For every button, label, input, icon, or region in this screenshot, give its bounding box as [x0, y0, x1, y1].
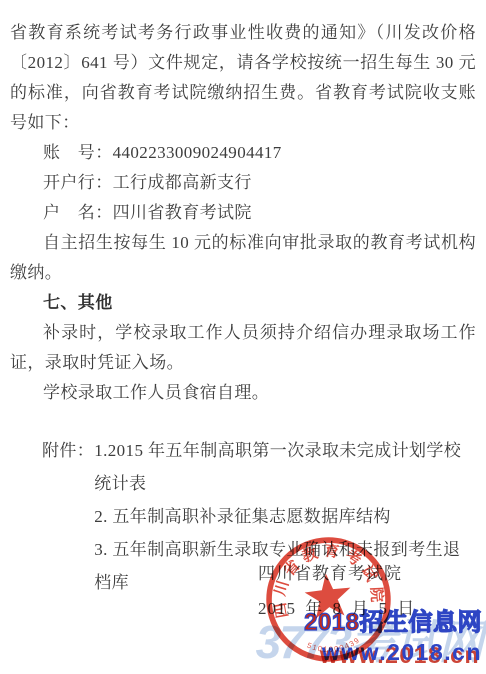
- watermark-site-url: www.2018.cn: [304, 638, 482, 666]
- document-page: 省教育系统考试考务行政事业性收费的通知》（川发改价格〔2012〕641 号）文件…: [0, 0, 486, 674]
- account-holder-line: 户 名：四川省教育考试院: [10, 198, 476, 228]
- attachments-label: 附件：: [42, 434, 94, 467]
- attachment-item-1: 1.2015 年五年制高职第一次录取未完成计划学校统计表: [94, 434, 476, 500]
- bank-branch-line: 开户行：工行成都高新支行: [10, 168, 476, 198]
- paragraph-self-enrollment-fee: 自主招生按每生 10 元的标准向审批录取的教育考试机构缴纳。: [10, 228, 476, 288]
- site-watermark: 3773考试网 2018招生信息网 www.2018.cn: [304, 608, 482, 666]
- paragraph-fee-notice: 省教育系统考试考务行政事业性收费的通知》（川发改价格〔2012〕641 号）文件…: [10, 18, 476, 138]
- account-number-line: 账 号：4402233009024904417: [10, 138, 476, 168]
- paragraph-work-permit: 补录时，学校录取工作人员须持介绍信办理录取场工作证，录取时凭证入场。: [10, 318, 476, 378]
- watermark-site-name: 2018招生信息网: [304, 608, 482, 638]
- attachment-item-2: 2. 五年制高职补录征集志愿数据库结构: [94, 500, 476, 533]
- document-body: 省教育系统考试考务行政事业性收费的通知》（川发改价格〔2012〕641 号）文件…: [10, 18, 476, 599]
- section-heading-others: 七、其他: [10, 288, 476, 318]
- paragraph-board-lodging: 学校录取工作人员食宿自理。: [10, 378, 476, 408]
